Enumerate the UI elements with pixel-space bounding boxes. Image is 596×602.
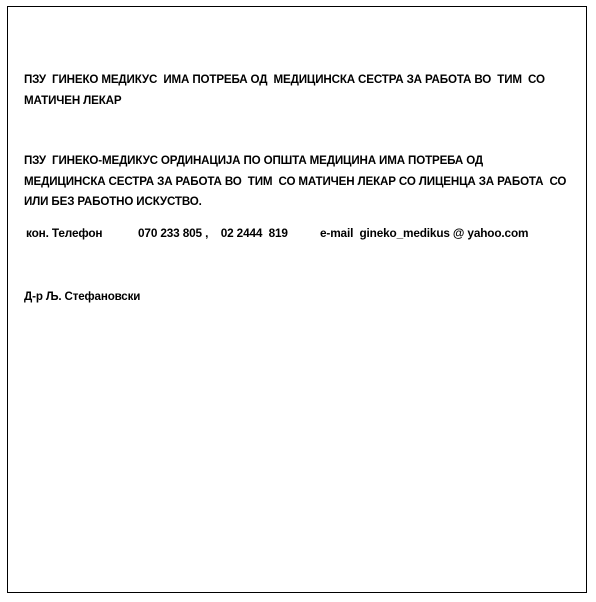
signature: Д-р Љ. Стефановски (24, 287, 140, 308)
paragraph-2-line: МЕДИЦИНСКА СЕСТРА ЗА РАБОТА ВО ТИМ СО МА… (24, 172, 566, 193)
paragraph-2-line: ИЛИ БЕЗ РАБОТНО ИСКУСТВО. (24, 192, 566, 213)
contact-email: gineko_medikus @ yahoo.com (359, 223, 528, 244)
contact-phone-label: кон. Телефон (26, 223, 138, 244)
contact-line: кон. Телефон070 233 805 , 02 2444 819e-m… (26, 223, 528, 244)
contact-email-label: e-mail (320, 223, 353, 244)
announcement-paragraph-2: ПЗУ ГИНЕКО-МЕДИКУС ОРДИНАЦИЈА ПО ОПШТА М… (24, 151, 566, 213)
announcement-paragraph-1: ПЗУ ГИНЕКО МЕДИКУС ИМА ПОТРЕБА ОД МЕДИЦИ… (24, 70, 545, 111)
paragraph-1-line: ПЗУ ГИНЕКО МЕДИКУС ИМА ПОТРЕБА ОД МЕДИЦИ… (24, 70, 545, 91)
paragraph-1-line: МАТИЧЕН ЛЕКАР (24, 91, 545, 112)
contact-phone-numbers: 070 233 805 , 02 2444 819 (138, 223, 320, 244)
paragraph-2-line: ПЗУ ГИНЕКО-МЕДИКУС ОРДИНАЦИЈА ПО ОПШТА М… (24, 151, 566, 172)
